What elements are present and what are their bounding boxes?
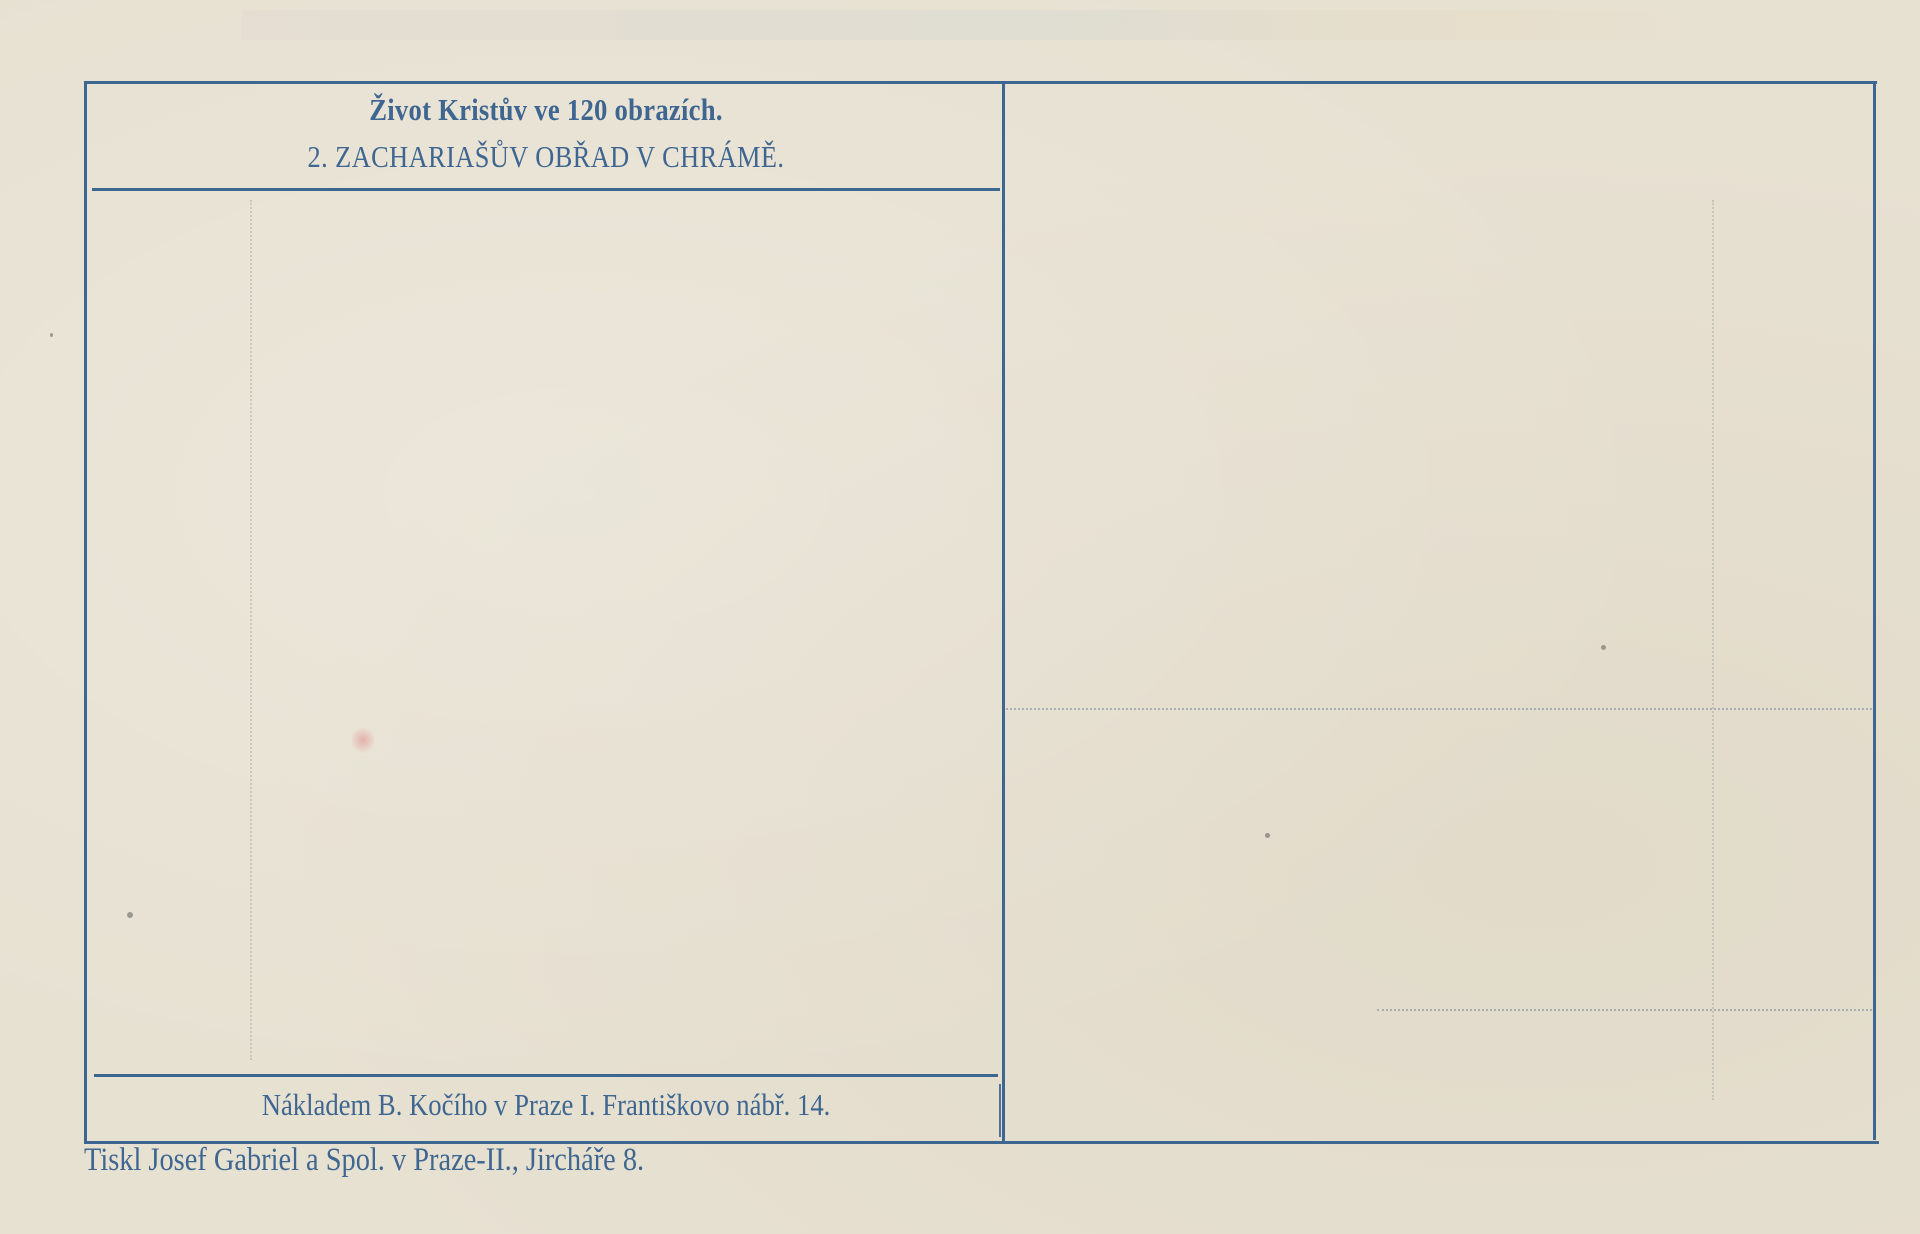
printer-line: Tiskl Josef Gabriel a Spol. v Praze-II.,… [84,1142,644,1179]
picture-title: 2. ZACHARIAŠŮV OBŘAD V CHRÁMĚ. [160,139,932,175]
frame-right [1873,84,1876,1140]
footer-box-right [999,1084,1001,1137]
faint-guide-left [250,200,252,1060]
center-divider [1002,84,1005,1141]
title-rule [92,188,1000,191]
paper-speck [127,912,133,918]
faint-guide-right [1712,200,1714,1100]
publisher-line: Nákladem B. Kočího v Praze I. Františkov… [157,1087,934,1123]
footer-rule [94,1074,998,1077]
frame-left [84,84,87,1143]
offset-ghost-strip [242,10,1692,40]
address-line-2 [1377,1009,1872,1011]
paper-speck [1601,645,1606,650]
series-title: Život Kristův ve 120 obrazích. [156,92,937,128]
address-line-1 [1006,708,1872,710]
paper-speck [1265,833,1270,838]
frame-top [84,81,1877,84]
postcard-back [0,0,1920,1234]
red-ink-speck [352,725,374,755]
paper-speck [50,333,53,337]
